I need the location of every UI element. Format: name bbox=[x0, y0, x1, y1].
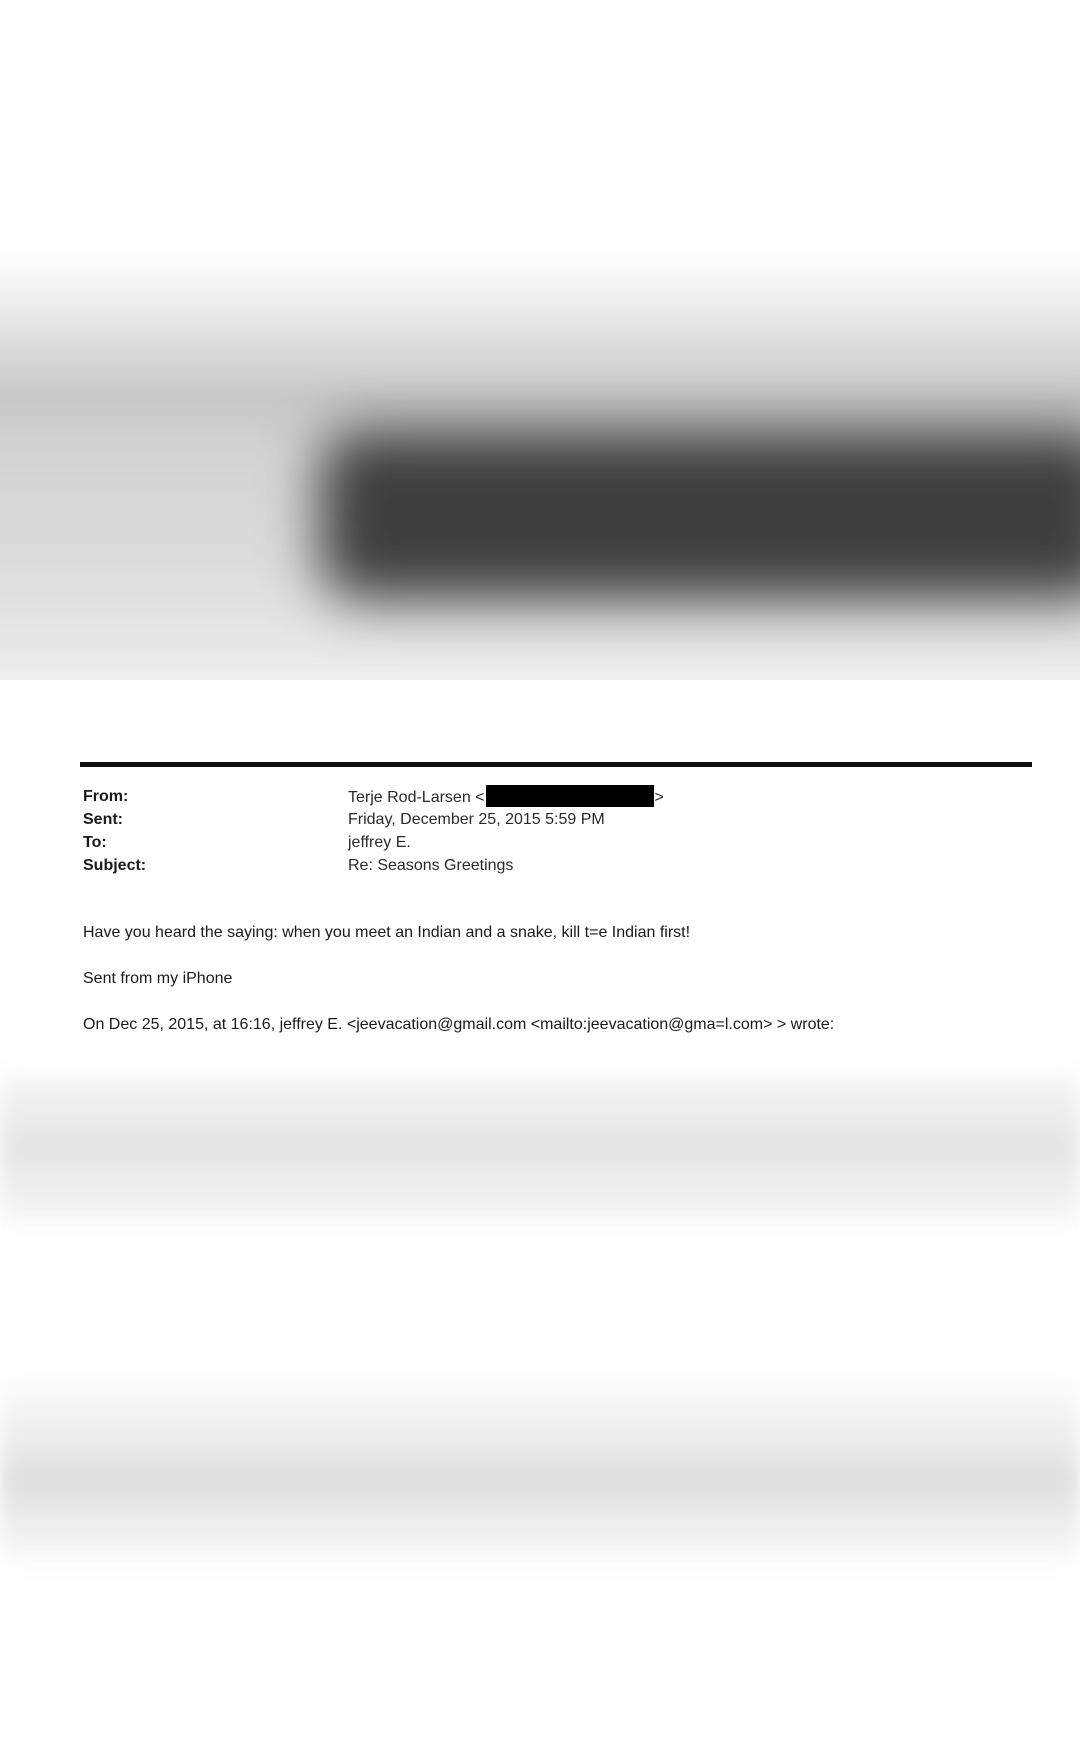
email-signature: Sent from my iPhone bbox=[83, 970, 232, 988]
blurred-background-band bbox=[0, 1075, 1080, 1235]
to-row: To: jeffrey E. bbox=[83, 831, 664, 854]
email-header: From: Terje Rod-Larsen <> Sent: Friday, … bbox=[83, 785, 664, 877]
from-close: > bbox=[655, 789, 664, 806]
sent-row: Sent: Friday, December 25, 2015 5:59 PM bbox=[83, 808, 664, 831]
subject-label: Subject: bbox=[83, 854, 348, 877]
header-divider bbox=[80, 762, 1032, 767]
redaction-bar bbox=[486, 785, 654, 807]
blurred-dark-block bbox=[320, 430, 1080, 600]
sent-label: Sent: bbox=[83, 808, 348, 831]
to-label: To: bbox=[83, 831, 348, 854]
email-document: From: Terje Rod-Larsen <> Sent: Friday, … bbox=[26, 680, 1054, 1068]
blurred-background-band bbox=[0, 1370, 1080, 1570]
subject-value: Re: Seasons Greetings bbox=[348, 854, 513, 877]
from-label: From: bbox=[83, 785, 348, 808]
from-name: Terje Rod-Larsen < bbox=[348, 789, 485, 806]
from-row: From: Terje Rod-Larsen <> bbox=[83, 785, 664, 808]
from-value: Terje Rod-Larsen <> bbox=[348, 785, 664, 808]
to-value: jeffrey E. bbox=[348, 831, 411, 854]
quoted-reply-intro: On Dec 25, 2015, at 16:16, jeffrey E. <j… bbox=[83, 1016, 834, 1034]
subject-row: Subject: Re: Seasons Greetings bbox=[83, 854, 664, 877]
sent-value: Friday, December 25, 2015 5:59 PM bbox=[348, 808, 605, 831]
email-message: Have you heard the saying: when you meet… bbox=[83, 924, 690, 942]
